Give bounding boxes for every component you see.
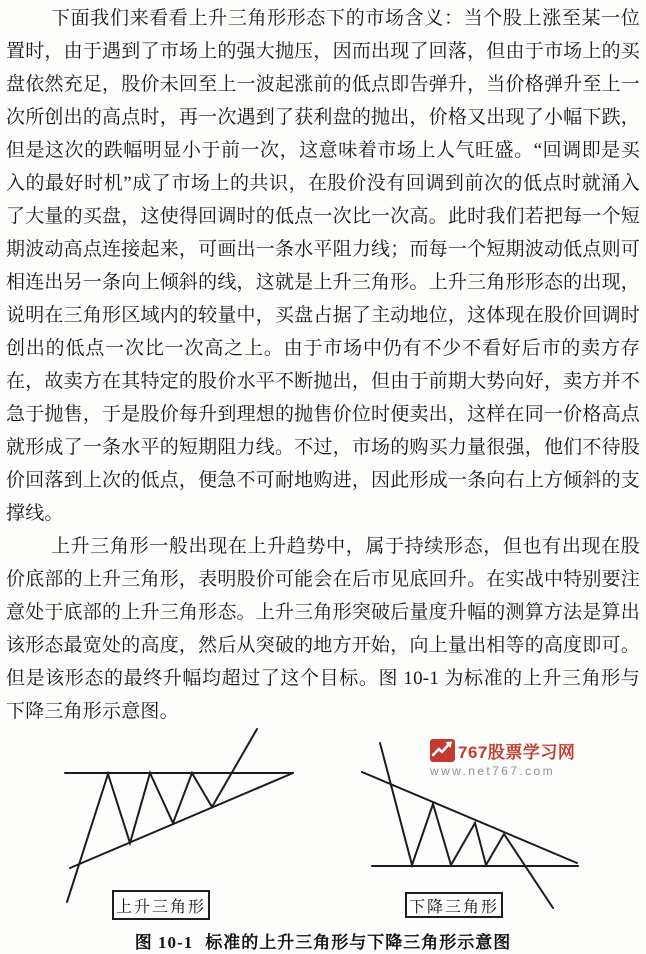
article-text: 下面我们来看看上升三角形形态下的市场含义：当个股上涨至某一位置时，由于遇到了市场…: [6, 2, 640, 728]
body-paragraph-2: 上升三角形一般出现在上升趋势中，属于持续形态，但也有出现在股价底部的上升三角形，…: [6, 530, 640, 728]
figure-10-1: 767股票学习网 www.net767.com 上升三角形 下降三角形 图 10…: [0, 700, 646, 954]
body-paragraph-1: 下面我们来看看上升三角形形态下的市场含义：当个股上涨至某一位置时，由于遇到了市场…: [6, 2, 640, 530]
watermark: 767股票学习网 www.net767.com: [430, 738, 572, 778]
label-descending-triangle: 下降三角形: [405, 892, 503, 918]
book-page: 下面我们来看看上升三角形形态下的市场含义：当个股上涨至某一位置时，由于遇到了市场…: [0, 0, 646, 954]
watermark-logo-row: 767股票学习网: [430, 738, 572, 763]
watermark-site-name: 767股票学习网: [458, 738, 575, 763]
figure-caption: 图 10-1标准的上升三角形与下降三角形示意图: [0, 928, 646, 953]
ascending-price-zigzag: [67, 729, 257, 902]
figure-caption-text: 标准的上升三角形与下降三角形示意图: [205, 933, 511, 952]
label-ascending-triangle-text: 上升三角形: [116, 894, 206, 917]
label-descending-triangle-text: 下降三角形: [409, 894, 499, 917]
label-ascending-triangle: 上升三角形: [112, 890, 210, 920]
figure-caption-number: 图 10-1: [135, 933, 193, 952]
descending-resistance-line: [362, 772, 577, 863]
watermark-url: www.net767.com: [430, 764, 572, 778]
stock-chart-up-icon: [430, 739, 455, 762]
